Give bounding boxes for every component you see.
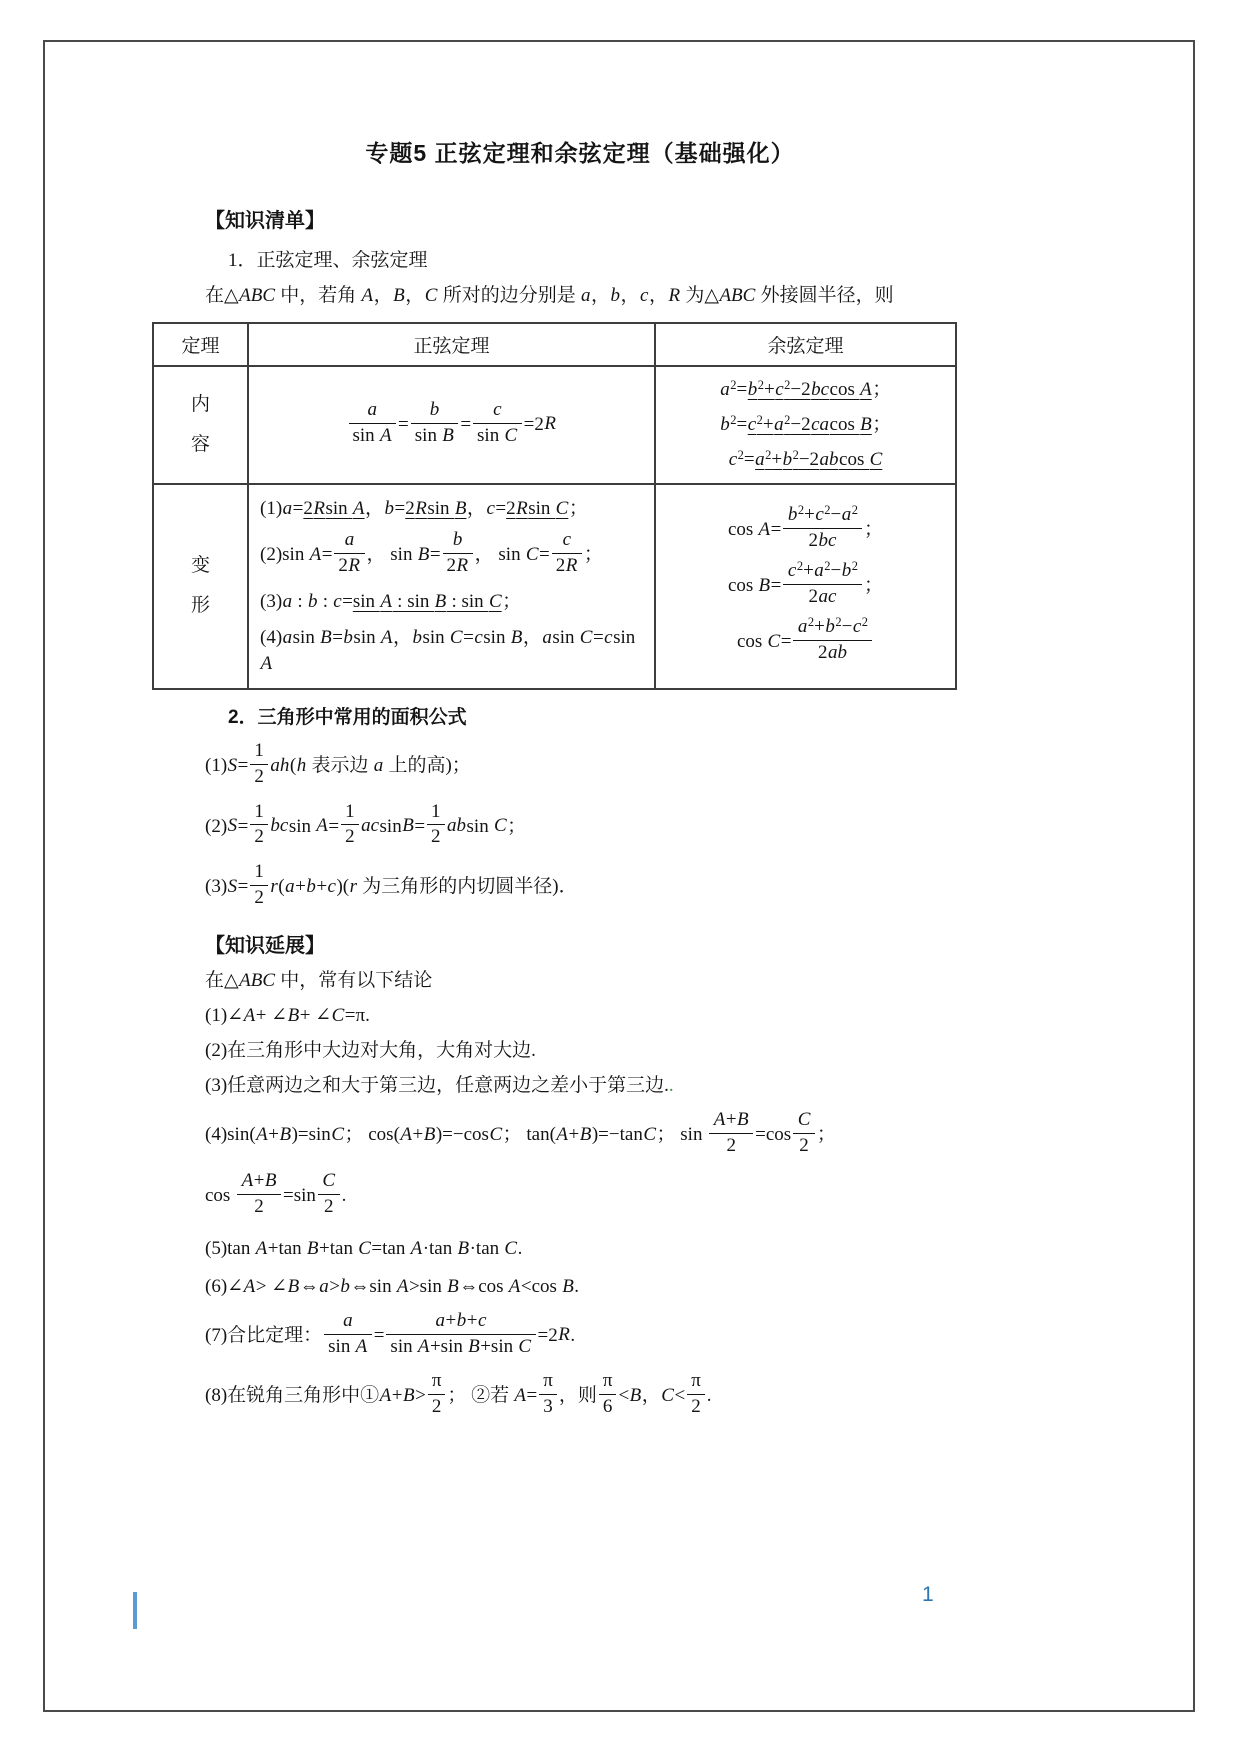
transform-label-cell: 变形 [153, 484, 248, 689]
cosine-rule-cell: a2=b2+c2−2bccos A； b2=c2+a2−2cacos B； c2… [655, 366, 956, 484]
area-formula-2: (2)S=12bcsin A=12acsinB=12absin C； [205, 804, 955, 851]
ext-conclusion-7: (7)合比定理：asin A=a+b+csin A+sin B+sin C=2R… [205, 1313, 955, 1360]
ext-conclusion-5: (5)tan A+tan B+tan C=tan A·tan B·tan C. [205, 1234, 955, 1264]
ext-conclusion-6: (6)∠A> ∠B⇔a>b⇔sin A>sin B⇔cos A<cos B. [205, 1275, 955, 1299]
cosine-rule-formula-b: b2=c2+a2−2cacos B； [663, 412, 948, 438]
ext-conclusion-3: (3)任意两边之和大于第三边，任意两边之差小于第三边.. [205, 1074, 955, 1098]
sine-transform-cell: (1)a=2Rsin A，b=2Rsin B，c=2Rsin C； (2)sin… [248, 484, 655, 689]
content-label-cell: 内容 [153, 366, 248, 484]
ext-intro: 在△ABC 中，常有以下结论 [205, 969, 955, 993]
table-header-row: 定理 正弦定理 余弦定理 [153, 323, 956, 366]
sine-transform-1: (1)a=2Rsin A，b=2Rsin B，c=2Rsin C； [260, 496, 651, 522]
table-transform-row: 变形 (1)a=2Rsin A，b=2Rsin B，c=2Rsin C； (2)… [153, 484, 956, 689]
knowledge-ext-heading: 【知识延展】 [205, 929, 955, 958]
theorem-table: 定理 正弦定理 余弦定理 内容 asin A=bsin B=csin C=2R … [152, 322, 957, 690]
cosine-rule-formula-c: c2=a2+b2−2abcos C [663, 447, 948, 473]
area-formula-3: (3)S=12r(a+b+c)(r 为三角形的内切圆半径)． [205, 864, 955, 911]
sine-transform-4: (4)asin B=bsin A，bsin C=csin B，asin C=cs… [260, 625, 651, 677]
ext-conclusion-4-cont: cos A+B2=sinC2. [205, 1173, 955, 1220]
header-cosine-rule: 余弦定理 [655, 323, 956, 366]
cos-a-formula: cos A=b2+c2−a22bc； [663, 507, 948, 554]
text-cursor-bar [133, 1592, 137, 1629]
document-page: 专题5 正弦定理和余弦定理（基础强化） 【知识清单】 1．正弦定理、余弦定理 在… [0, 0, 1240, 1754]
sine-rule-formula: asin A=bsin B=csin C=2R [256, 402, 647, 449]
page-number: 1 [922, 1583, 934, 1607]
sine-transform-3: (3)a : b : c=sin A : sin B : sin C； [260, 589, 651, 615]
header-sine-rule: 正弦定理 [248, 323, 655, 366]
item1-title: 1．正弦定理、余弦定理 [228, 245, 955, 272]
header-theorem: 定理 [153, 323, 248, 366]
ext-conclusion-1: (1)∠A+ ∠B+ ∠C=π. [205, 1004, 955, 1028]
row-label-transform: 变形 [190, 546, 212, 626]
cosine-rule-formula-a: a2=b2+c2−2bccos A； [663, 377, 948, 403]
page-content: 专题5 正弦定理和余弦定理（基础强化） 【知识清单】 1．正弦定理、余弦定理 在… [152, 135, 955, 1420]
row-label-content: 内容 [190, 385, 212, 465]
cos-b-formula: cos B=c2+a2−b22ac； [663, 563, 948, 610]
page-title: 专题5 正弦定理和余弦定理（基础强化） [205, 135, 955, 168]
ext-conclusion-4: (4)sin(A+B)=sinC； cos(A+B)=−cosC； tan(A+… [205, 1112, 955, 1159]
item2-title: 2．三角形中常用的面积公式 [228, 702, 955, 729]
sine-rule-cell: asin A=bsin B=csin C=2R [248, 366, 655, 484]
cos-c-formula: cos C=a2+b2−c22ab [663, 619, 948, 666]
area-formula-1: (1)S=12ah(h 表示边 a 上的高)； [205, 743, 955, 790]
sine-transform-2: (2)sin A=a2R， sin B=b2R， sin C=c2R； [260, 532, 651, 579]
cosine-transform-cell: cos A=b2+c2−a22bc； cos B=c2+a2−b22ac； co… [655, 484, 956, 689]
ext-conclusion-8: (8)在锐角三角形中①A+B>π2； ②若 A=π3，则π6<B，C<π2. [205, 1373, 955, 1420]
knowledge-list-heading: 【知识清单】 [205, 204, 955, 233]
ext-conclusion-2: (2)在三角形中大边对大角，大角对大边. [205, 1039, 955, 1063]
table-content-row: 内容 asin A=bsin B=csin C=2R a2=b2+c2−2bcc… [153, 366, 956, 484]
theorem-intro: 在△ABC 中，若角 A，B，C 所对的边分别是 a，b，c，R 为△ABC 外… [205, 284, 955, 308]
